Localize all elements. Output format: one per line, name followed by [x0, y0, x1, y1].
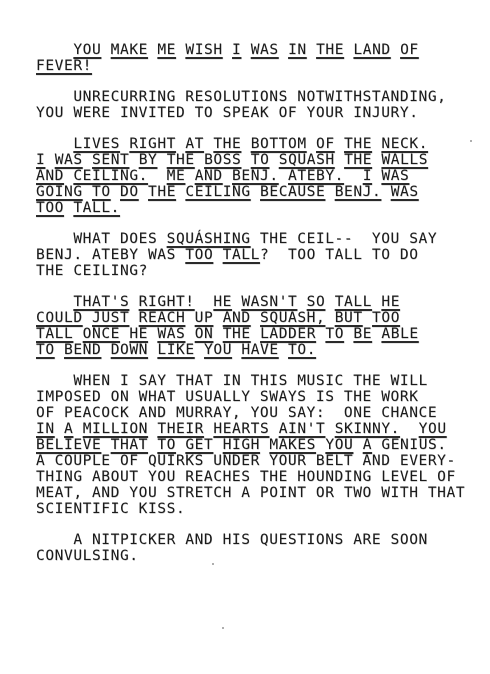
underlined-word: SQUASH	[279, 152, 335, 168]
underlined-word: THAT	[111, 437, 148, 453]
text-line: THAT'S RIGHT! HE WASN'T SO TALL HE	[36, 294, 466, 310]
underlined-word: BENJ.	[335, 184, 382, 200]
text-line: I WAS SENT BY THE BOSS TO SQUASH THE WAL…	[36, 152, 466, 168]
underlined-word: MILLION	[83, 421, 148, 437]
underlined-word: SKINNY.	[335, 421, 400, 437]
underlined-word: SQUÁSHING	[167, 231, 251, 247]
underlined-word: ON	[195, 326, 214, 342]
underlined-word: HE	[381, 294, 400, 310]
underlined-word: LIVES	[73, 136, 120, 152]
underlined-word: TOO	[36, 200, 64, 216]
underlined-word: GOING	[36, 184, 83, 200]
underlined-word: THE	[223, 326, 251, 342]
underlined-word: TALL	[36, 326, 73, 342]
paragraph: WHAT DOES SQUÁSHING THE CEIL-- YOU SAYBE…	[36, 231, 466, 279]
underlined-word: A	[363, 437, 372, 453]
underlined-word: THE	[148, 184, 176, 200]
underlined-word: TALL.	[73, 200, 120, 216]
underlined-word: THAT'S	[73, 294, 129, 310]
underlined-word: MAKE	[111, 42, 148, 58]
underlined-word: AIN'T	[279, 421, 326, 437]
text-line: IMPOSED ON WHAT USUALLY SWAYS IS THE WOR…	[36, 389, 466, 405]
underlined-word: IN	[288, 42, 307, 58]
underlined-word: I	[36, 152, 45, 168]
underlined-word: THE	[344, 152, 372, 168]
underlined-word: UP	[195, 310, 214, 326]
text-line: TALL ONCE HE WAS ON THE LADDER TO BE ABL…	[36, 326, 466, 342]
underlined-word: BELIEVE	[36, 437, 101, 453]
text-line: TO BEND DOWN LIKE YOU HAVE TO.	[36, 342, 466, 358]
paragraph: A NITPICKER AND HIS QUESTIONS ARE SOONCO…	[36, 532, 466, 564]
underlined-word: OF	[400, 42, 419, 58]
text-line: THING ABOUT YOU REACHES THE HOUNDING LEV…	[36, 469, 466, 485]
text-line: BENJ. ATEBY WAS TOO TALL? TOO TALL TO DO	[36, 247, 466, 263]
underlined-word: TALL	[335, 294, 372, 310]
text-line: MEAT, AND YOU STRETCH A POINT OR TWO WIT…	[36, 485, 466, 501]
underlined-word: BEND	[64, 342, 101, 358]
underlined-word: MAKES	[269, 437, 316, 453]
underlined-word: TO	[92, 184, 111, 200]
underlined-word: BOTTOM	[251, 136, 307, 152]
underlined-word: JUST	[92, 310, 129, 326]
underlined-word: THE	[167, 152, 195, 168]
underlined-word: THE	[213, 136, 241, 152]
underlined-word: ABLE	[381, 326, 418, 342]
underlined-word: CEILING	[185, 184, 250, 200]
text-line: AND CEILING. ME AND BENJ. ATEBY. I WAS	[36, 168, 466, 184]
underlined-word: BE	[353, 326, 372, 342]
paragraph: UNRECURRING RESOLUTIONS NOTWITHSTANDING,…	[36, 89, 466, 121]
underlined-word: WAS	[381, 168, 409, 184]
underlined-word: RIGHT!	[139, 294, 195, 310]
scan-speck	[470, 140, 472, 142]
text-line: TOO TALL.	[36, 200, 466, 216]
underlined-word: HE	[213, 294, 232, 310]
underlined-word: BY	[139, 152, 158, 168]
underlined-word: SENT	[92, 152, 129, 168]
paragraph: WHEN I SAY THAT IN THIS MUSIC THE WILLIM…	[36, 373, 466, 517]
underlined-word: TOO	[185, 247, 213, 263]
underlined-word: YOU	[419, 421, 447, 437]
text-line: UNRECURRING RESOLUTIONS NOTWITHSTANDING,	[36, 89, 466, 105]
underlined-word: AT	[185, 136, 204, 152]
underlined-word: YOU	[325, 437, 353, 453]
underlined-word: BECAUSE	[260, 184, 325, 200]
underlined-word: HEARTS	[213, 421, 269, 437]
text-line: IN A MILLION THEIR HEARTS AIN'T SKINNY. …	[36, 421, 466, 437]
underlined-word: TOO	[372, 310, 400, 326]
underlined-word: TO	[325, 326, 344, 342]
underlined-word: HAVE	[241, 342, 278, 358]
underlined-word: TO.	[288, 342, 316, 358]
text-line: BELIEVE THAT TO GET HIGH MAKES YOU A GEN…	[36, 437, 466, 453]
text-line: A NITPICKER AND HIS QUESTIONS ARE SOON	[36, 532, 466, 548]
text-line: LIVES RIGHT AT THE BOTTOM OF THE NECK.	[36, 136, 466, 152]
text-line: GOING TO DO THE CEILING BECAUSE BENJ. WA…	[36, 184, 466, 200]
underlined-word: WAS	[391, 184, 419, 200]
underlined-word: WAS	[55, 152, 83, 168]
underlined-word: ONCE	[83, 326, 120, 342]
underlined-word: ME	[157, 42, 176, 58]
text-line: WHAT DOES SQUÁSHING THE CEIL-- YOU SAY	[36, 231, 466, 247]
underlined-word: WASN'T	[241, 294, 297, 310]
underlined-word: THEIR	[157, 421, 204, 437]
text-line: YOU MAKE ME WISH I WAS IN THE LAND OF	[36, 42, 466, 58]
underlined-word: I	[363, 168, 372, 184]
underlined-word: REACH	[139, 310, 186, 326]
underlined-word: YOU	[204, 342, 232, 358]
underlined-word: FEVER!	[36, 58, 92, 74]
underlined-word: OF	[316, 136, 335, 152]
paragraph: YOU MAKE ME WISH I WAS IN THE LAND OFFEV…	[36, 42, 466, 74]
underlined-word: ME	[167, 168, 186, 184]
text-line: A COUPLE OF QUIRKS UNDER YOUR BELT AND E…	[36, 453, 466, 469]
text-line: OF PEACOCK AND MURRAY, YOU SAY: ONE CHAN…	[36, 405, 466, 421]
underlined-word: THE	[316, 42, 344, 58]
document-body: YOU MAKE ME WISH I WAS IN THE LAND OFFEV…	[36, 42, 466, 564]
document-page: YOU MAKE ME WISH I WAS IN THE LAND OFFEV…	[0, 0, 490, 674]
paragraph: LIVES RIGHT AT THE BOTTOM OF THE NECK.I …	[36, 136, 466, 216]
underlined-word: DO	[120, 184, 139, 200]
text-line: THE CEILING?	[36, 263, 466, 279]
underlined-word: TO	[36, 342, 55, 358]
paragraph: THAT'S RIGHT! HE WASN'T SO TALL HECOULD …	[36, 294, 466, 358]
scan-speck	[212, 563, 214, 565]
underlined-word: WISH	[185, 42, 222, 58]
underlined-word: TO	[157, 437, 176, 453]
scan-speck	[222, 627, 224, 629]
underlined-word: LIKE	[157, 342, 194, 358]
underlined-word: WAS	[157, 326, 185, 342]
underlined-word: BENJ.	[232, 168, 279, 184]
underlined-word: HIGH	[223, 437, 260, 453]
underlined-word: THE	[344, 136, 372, 152]
underlined-word: AND	[223, 310, 251, 326]
underlined-word: HE	[129, 326, 148, 342]
underlined-word: SQUASH,	[260, 310, 325, 326]
text-line: CONVULSING.	[36, 548, 466, 564]
underlined-word: WALLS	[381, 152, 428, 168]
underlined-word: DOWN	[111, 342, 148, 358]
underlined-word: AND	[195, 168, 223, 184]
underlined-word: WAS	[251, 42, 279, 58]
underlined-word: LAND	[353, 42, 390, 58]
underlined-word: GET	[185, 437, 213, 453]
underlined-word: NECK.	[381, 136, 428, 152]
underlined-word: CEILING.	[73, 168, 148, 184]
underlined-word: ATEBY.	[288, 168, 344, 184]
underlined-word: YOU	[73, 42, 101, 58]
underlined-word: AND	[36, 168, 64, 184]
underlined-word: IN	[36, 421, 55, 437]
underlined-word: BOSS	[204, 152, 241, 168]
underlined-word: RIGHT	[129, 136, 176, 152]
text-line: SCIENTIFIC KISS.	[36, 501, 466, 517]
underlined-word: BUT	[335, 310, 363, 326]
text-line: WHEN I SAY THAT IN THIS MUSIC THE WILL	[36, 373, 466, 389]
underlined-word: COULD	[36, 310, 83, 326]
underlined-word: TO	[251, 152, 270, 168]
text-line: FEVER!	[36, 58, 466, 74]
underlined-word: SO	[307, 294, 326, 310]
underlined-word: TALL	[223, 247, 260, 263]
text-line: YOU WERE INVITED TO SPEAK OF YOUR INJURY…	[36, 105, 466, 121]
text-line: COULD JUST REACH UP AND SQUASH, BUT TOO	[36, 310, 466, 326]
underlined-word: I	[232, 42, 241, 58]
underlined-word: A	[64, 421, 73, 437]
underlined-word: LADDER	[260, 326, 316, 342]
